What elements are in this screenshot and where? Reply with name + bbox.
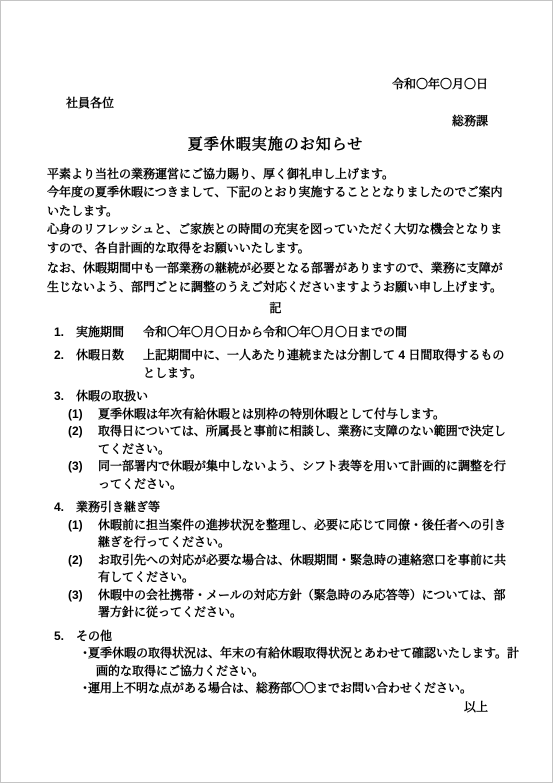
sub-item-line: 同一部署内で休暇が集中しないよう、シフト表等を用いて計画的に調整を行 [98,458,506,476]
sub-item-line: 有してください。 [98,569,506,587]
item-content-line: 上記期間中に、一人あたり連続または分割して 4 日間取得するもの [143,347,504,365]
bullet-marker: ・ [79,680,88,698]
body-line: 平素より当社の業務運営にご協力賜り、厚く御礼申し上げます。 [47,165,504,184]
bullet-marker: ・ [79,645,88,680]
sub-item: (1) 休暇前に担当案件の進捗状況を整理し、必要に応じて同僚・後任者への引き 継… [47,517,504,552]
sub-item-line: ってください。 [98,476,506,494]
sub-item-marker: (2) [68,552,98,587]
item-number: 2. [47,347,76,382]
sub-item: (3) 休暇中の会社携帯・メールの対応方針（緊急時のみ応答等）については、部 署… [47,587,504,622]
list-item-5: 5. その他 ・ 夏季休暇の取得状況は、年末の有給休暇取得状況とあわせて確認いた… [47,628,504,698]
ki-marker: 記 [47,299,504,318]
sub-item-marker: (2) [68,423,98,458]
notice-paragraph: なお、休暇期間中も一部業務の継続が必要となる部署がありますので、業務に支障が 生… [47,259,504,296]
item-label: 休暇の取扱い [76,388,148,406]
sub-item-line: てください。 [98,441,506,459]
body-line: なお、休暇期間中も一部業務の継続が必要となる部署がありますので、業務に支障が [47,259,504,278]
sub-item-line: お取引先への対応が必要な場合は、休暇期間・緊急時の連絡窓口を事前に共 [98,552,506,570]
bullet-line: 画的な取得にご協力ください。 [88,663,519,681]
intro-paragraphs: 平素より当社の業務運営にご協力賜り、厚く御礼申し上げます。 今年度の夏季休暇につ… [47,165,504,258]
sub-item-marker: (1) [68,517,98,552]
item-number: 1. [47,324,76,342]
sub-item-marker: (1) [68,406,98,424]
bullet-item: ・ 運用上不明な点がある場合は、総務部〇〇までお問い合わせください。 [47,680,504,698]
bullet-item: ・ 夏季休暇の取得状況は、年末の有給休暇取得状況とあわせて確認いたします。計 画… [47,645,504,680]
body-line: 心身のリフレッシュと、ご家族との時間の充実を図っていただく大切な機会となりま [47,220,504,239]
list-item-2: 2. 休暇日数 上記期間中に、一人あたり連続または分割して 4 日間取得するもの… [47,347,504,382]
sub-item-marker: (3) [68,458,98,493]
body-line: 今年度の夏季休暇につきまして、下記のとおり実施することとなりましたのでご案内 [47,183,504,202]
department: 総務課 [47,112,504,131]
item-number: 5. [47,628,76,646]
sub-item: (3) 同一部署内で休暇が集中しないよう、シフト表等を用いて計画的に調整を行 っ… [47,458,504,493]
list-item-3: 3. 休暇の取扱い (1) 夏季休暇は年次有給休暇とは別枠の特別休暇として付与し… [47,388,504,493]
item-content-line: とします。 [143,365,504,383]
list-item-4: 4. 業務引き継ぎ等 (1) 休暇前に担当案件の進捗状況を整理し、必要に応じて同… [47,499,504,622]
sub-item-line: 取得日については、所属長と事前に相談し、業務に支障のない範囲で決定し [98,423,506,441]
item-number: 3. [47,388,76,406]
sub-item-line: 休暇前に担当案件の進捗状況を整理し、必要に応じて同僚・後任者への引き [98,517,506,535]
numbered-list: 1. 実施期間 令和〇年〇月〇日から令和〇年〇月〇日までの間 2. 休暇日数 上… [47,324,504,698]
addressee: 社員各位 [47,94,504,113]
body-line: 生じないよう、部門ごとに調整のうえご対応くださいますようお願い申し上げます。 [47,278,504,297]
date-line: 令和〇年〇月〇日 [47,75,504,94]
item-content-line: 令和〇年〇月〇日から令和〇年〇月〇日までの間 [143,325,407,339]
sub-item-line: 夏季休暇は年次有給休暇とは別枠の特別休暇として付与します。 [98,406,445,424]
body-line: すので、各自計画的な取得をお願いいたします。 [47,239,504,258]
item-number: 4. [47,499,76,517]
sub-item-line: 休暇中の会社携帯・メールの対応方針（緊急時のみ応答等）については、部 [98,587,506,605]
sub-item-line: 署方針に従ってください。 [98,604,506,622]
sub-item: (1) 夏季休暇は年次有給休暇とは別枠の特別休暇として付与します。 [47,406,504,424]
list-item-1: 1. 実施期間 令和〇年〇月〇日から令和〇年〇月〇日までの間 [47,324,504,342]
item-label: その他 [76,628,112,646]
document-title: 夏季休暇実施のお知らせ [47,134,504,156]
sub-item-marker: (3) [68,587,98,622]
item-label: 休暇日数 [76,347,143,382]
sub-item: (2) お取引先への対応が必要な場合は、休暇期間・緊急時の連絡窓口を事前に共 有… [47,552,504,587]
sub-item: (2) 取得日については、所属長と事前に相談し、業務に支障のない範囲で決定し て… [47,423,504,458]
sub-item-line: 継ぎを行ってください。 [98,534,506,552]
bullet-line: 運用上不明な点がある場合は、総務部〇〇までお問い合わせください。 [88,680,472,698]
bullet-line: 夏季休暇の取得状況は、年末の有給休暇取得状況とあわせて確認いたします。計 [88,645,519,663]
item-label: 実施期間 [76,324,143,342]
closing-marker: 以上 [47,698,504,717]
document-page: 令和〇年〇月〇日 社員各位 総務課 夏季休暇実施のお知らせ 平素より当社の業務運… [0,0,553,783]
item-label: 業務引き継ぎ等 [76,499,160,517]
body-line: いたします。 [47,202,504,221]
